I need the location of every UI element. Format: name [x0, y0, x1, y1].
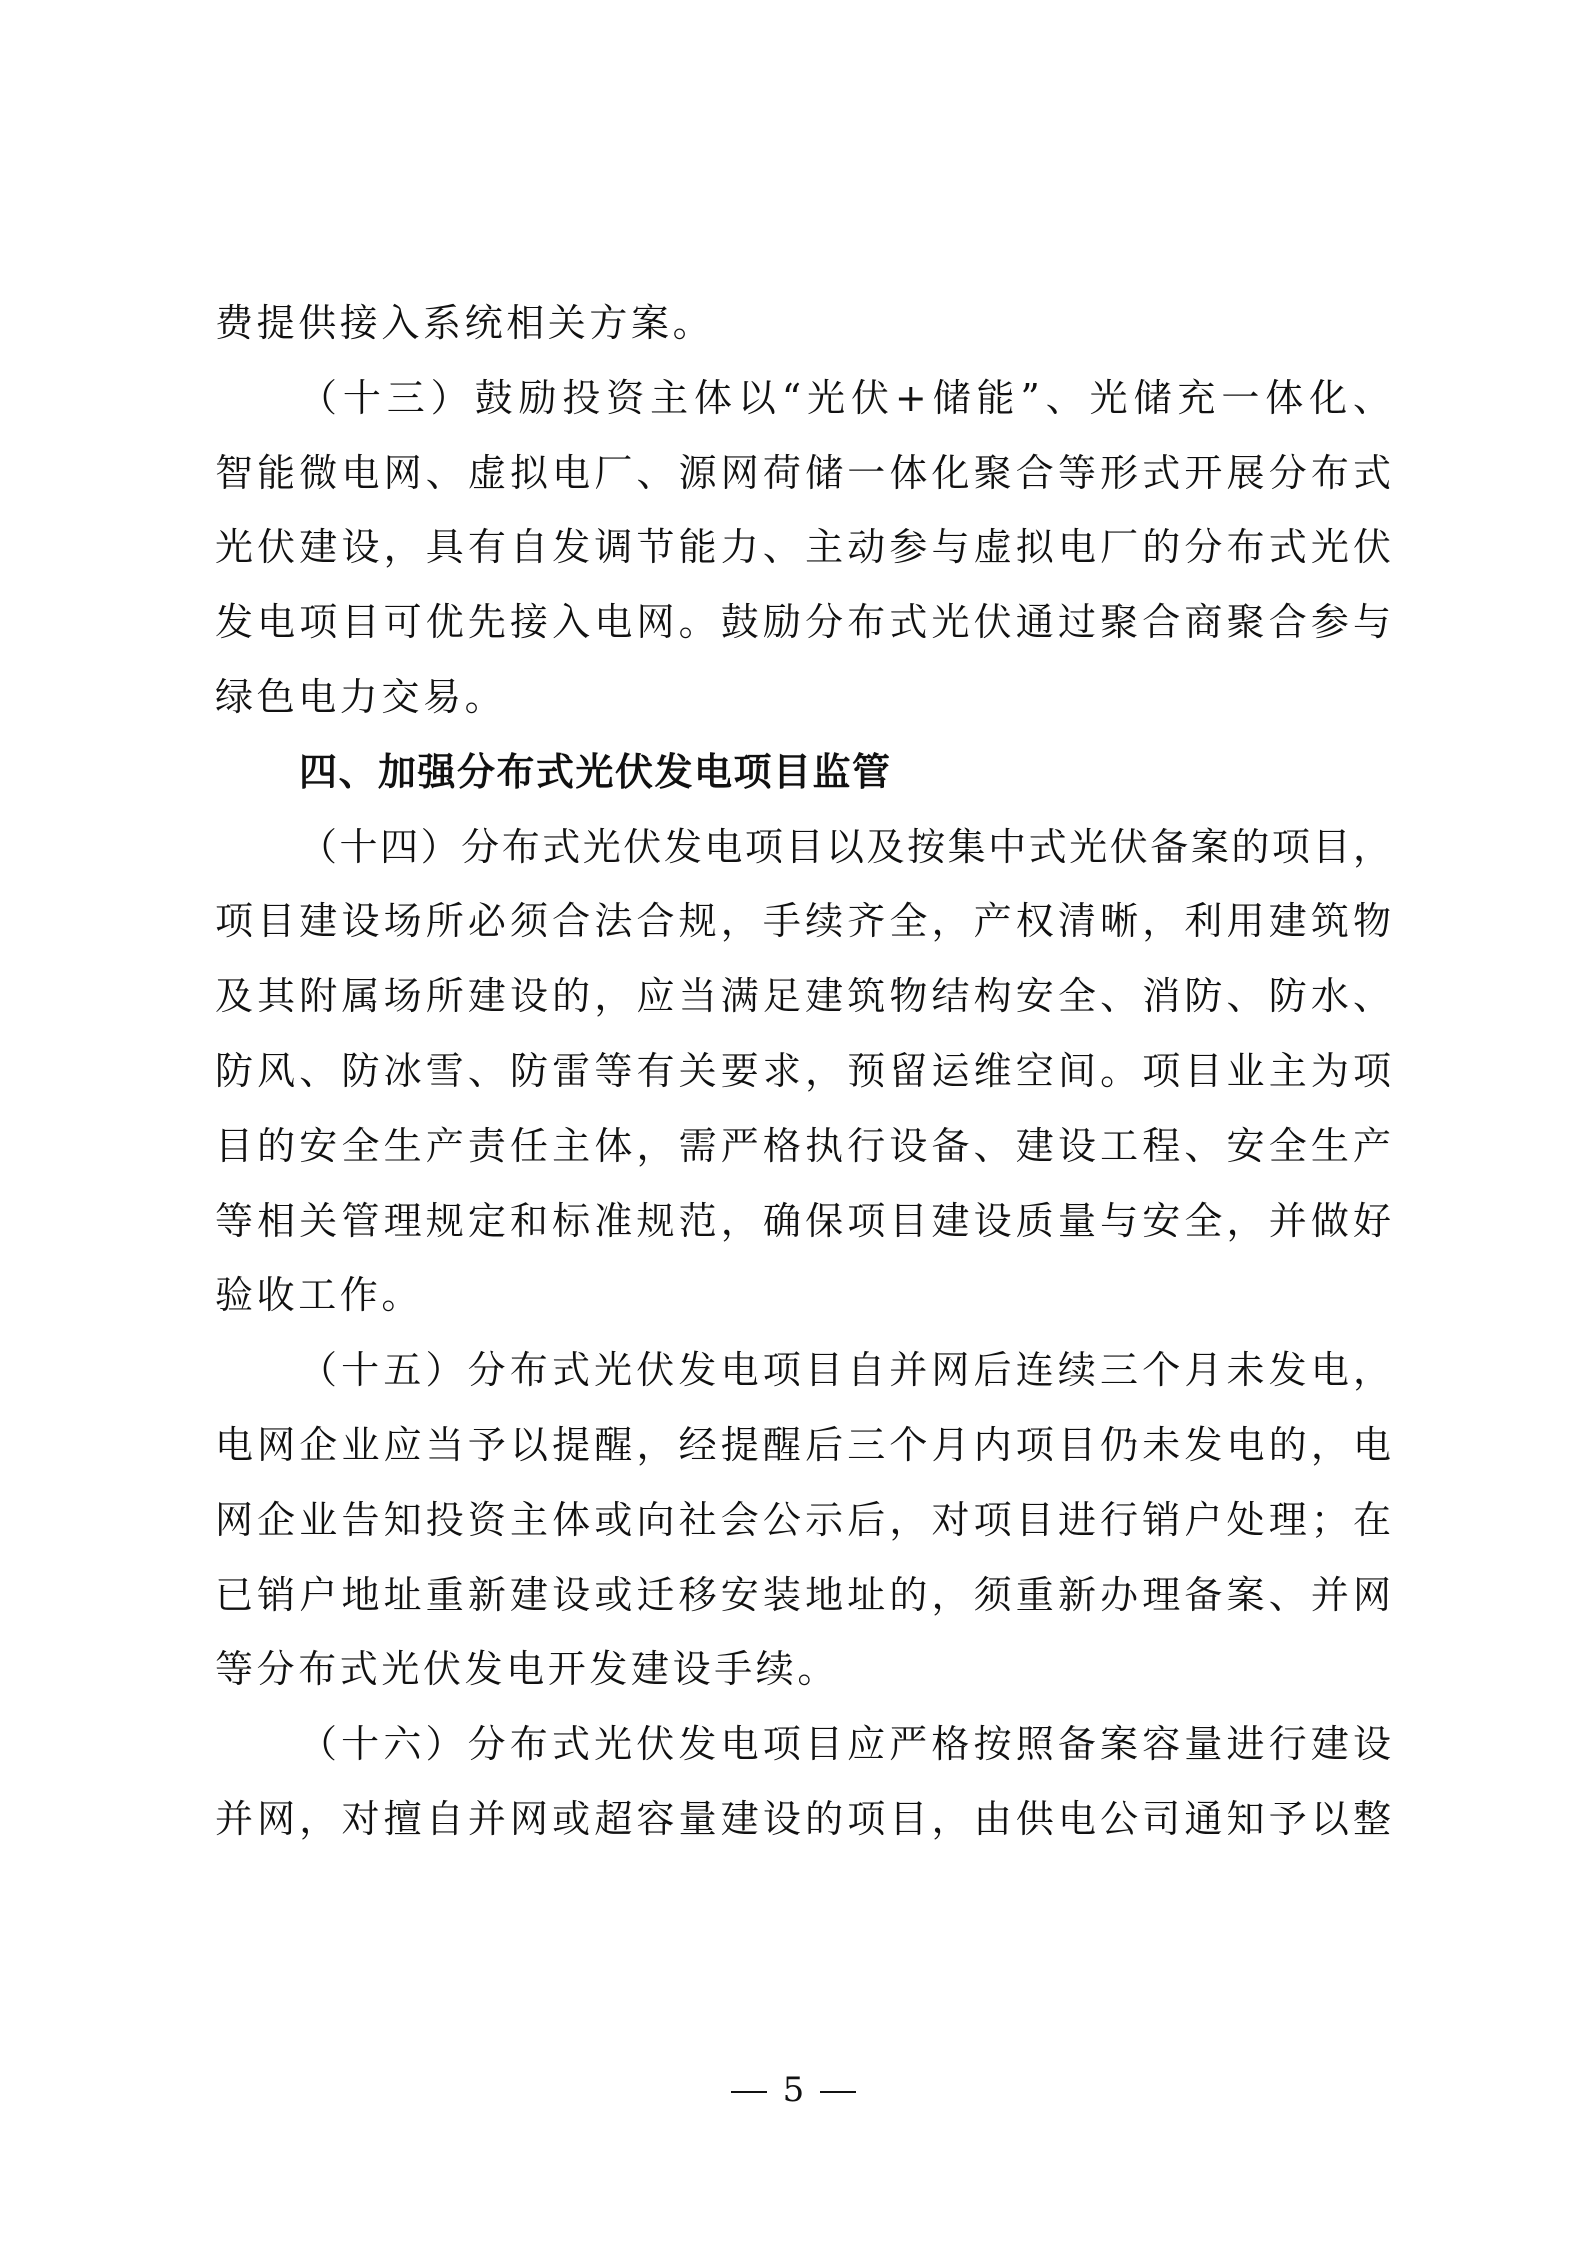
paragraph-line: 并网，对擅自并网或超容量建设的项目，由供电公司通知予以整 — [215, 1782, 1391, 1857]
paragraph-15-start: （十五）分布式光伏发电项目自并网后连续三个月未发电， — [215, 1333, 1391, 1408]
paragraph-line: 防风、防冰雪、防雷等有关要求，预留运维空间。项目业主为项 — [215, 1034, 1391, 1109]
paragraph-line: 发电项目可优先接入电网。鼓励分布式光伏通过聚合商聚合参与 — [215, 585, 1391, 660]
paragraph-line: 智能微电网、虚拟电厂、源网荷储一体化聚合等形式开展分布式 — [215, 436, 1391, 511]
dash-right — [820, 2091, 856, 2093]
page-number-value: 5 — [783, 2070, 805, 2110]
paragraph-line: 网企业告知投资主体或向社会公示后，对项目进行销户处理；在 — [215, 1483, 1391, 1558]
paragraph-line: 光伏建设，具有自发调节能力、主动参与虚拟电厂的分布式光伏 — [215, 510, 1391, 585]
dash-left — [731, 2091, 767, 2093]
page-number: 5 — [0, 2068, 1587, 2112]
paragraph-16-start: （十六）分布式光伏发电项目应严格按照备案容量进行建设 — [215, 1707, 1391, 1782]
body-text: 费提供接入系统相关方案。 （十三）鼓励投资主体以“光伏+储能”、光储充一体化、 … — [215, 286, 1391, 1857]
paragraph-line: 等分布式光伏发电开发建设手续。 — [215, 1632, 1391, 1707]
section-heading: 四、加强分布式光伏发电项目监管 — [215, 735, 1391, 810]
paragraph-line: 费提供接入系统相关方案。 — [215, 286, 1391, 361]
paragraph-line: 绿色电力交易。 — [215, 660, 1391, 735]
paragraph-line: 及其附属场所建设的，应当满足建筑物结构安全、消防、防水、 — [215, 959, 1391, 1034]
document-page: 费提供接入系统相关方案。 （十三）鼓励投资主体以“光伏+储能”、光储充一体化、 … — [0, 0, 1587, 2245]
paragraph-13-start: （十三）鼓励投资主体以“光伏+储能”、光储充一体化、 — [215, 361, 1391, 436]
paragraph-line: 验收工作。 — [215, 1258, 1391, 1333]
paragraph-14-start: （十四）分布式光伏发电项目以及按集中式光伏备案的项目， — [215, 810, 1391, 885]
paragraph-line: 等相关管理规定和标准规范，确保项目建设质量与安全，并做好 — [215, 1184, 1391, 1259]
paragraph-line: 目的安全生产责任主体，需严格执行设备、建设工程、安全生产 — [215, 1109, 1391, 1184]
paragraph-line: 电网企业应当予以提醒，经提醒后三个月内项目仍未发电的，电 — [215, 1408, 1391, 1483]
paragraph-line: 已销户地址重新建设或迁移安装地址的，须重新办理备案、并网 — [215, 1558, 1391, 1633]
paragraph-line: 项目建设场所必须合法合规，手续齐全，产权清晰，利用建筑物 — [215, 884, 1391, 959]
